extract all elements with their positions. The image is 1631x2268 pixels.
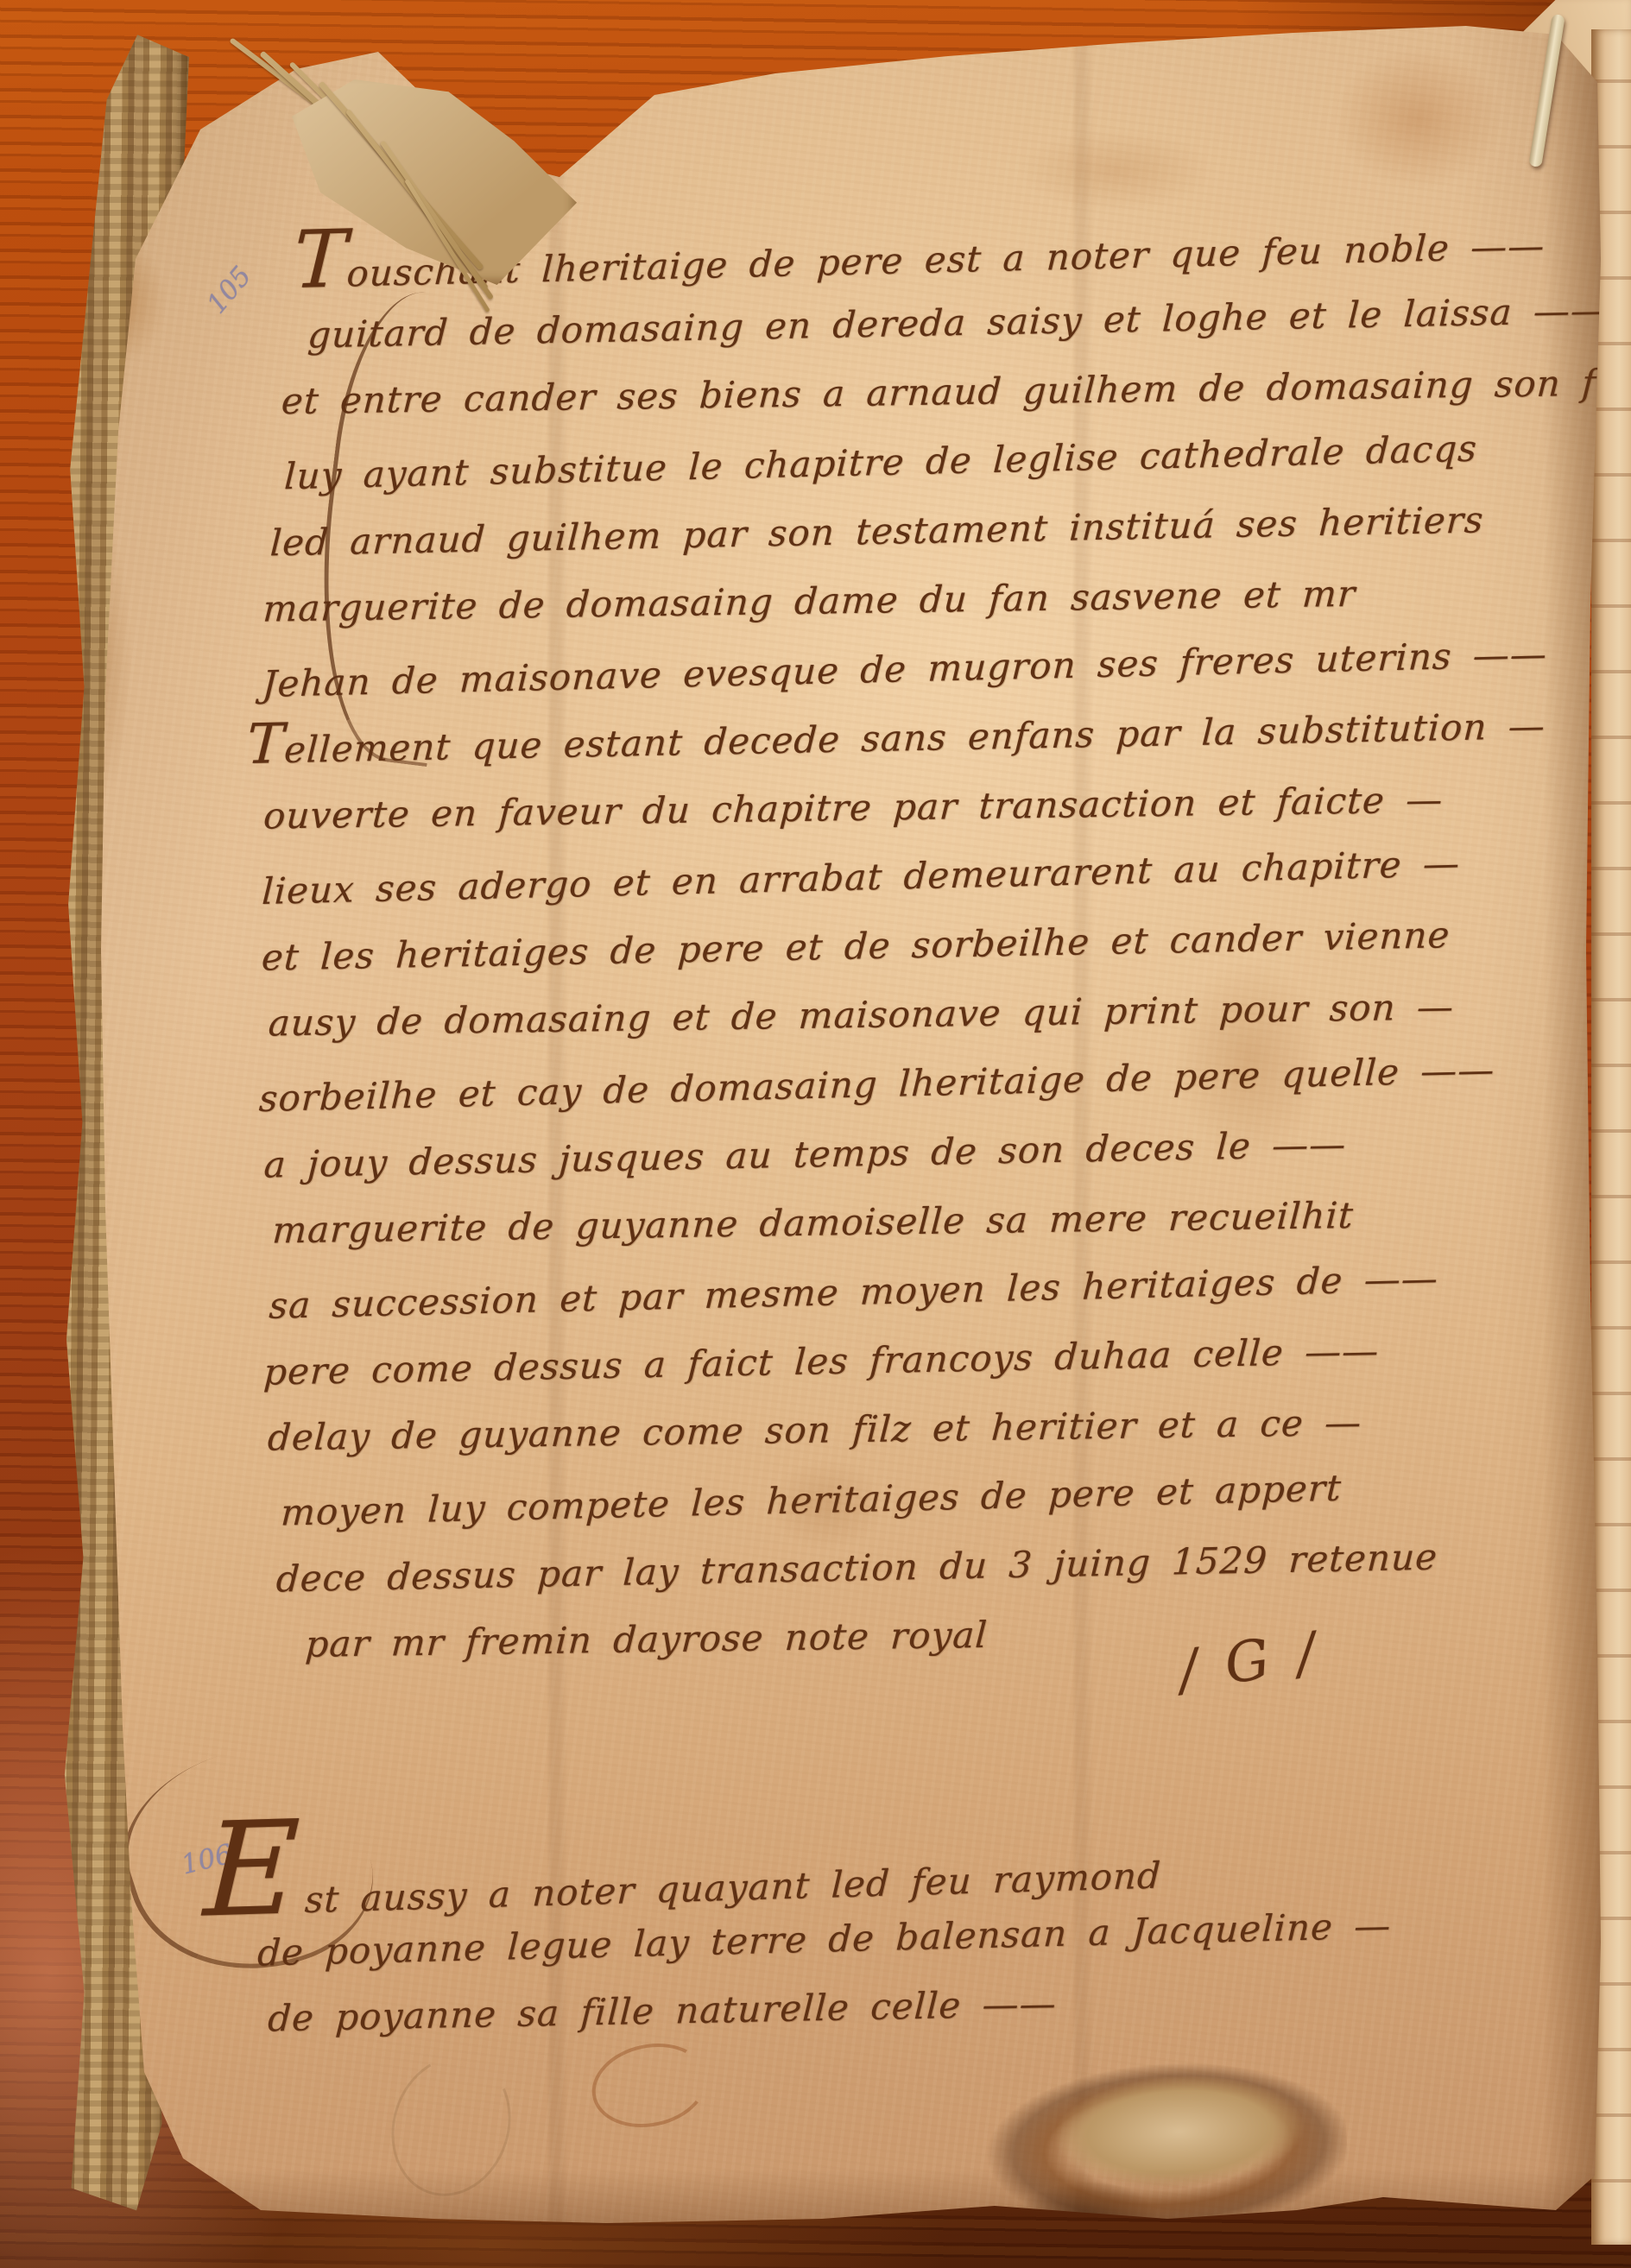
manuscript-page: 105 106 Touschant lheritaige de pere est… [67, 16, 1613, 2247]
stain [1334, 47, 1502, 190]
manuscript-paragraph-2: Est aussy a noter quayant led feu raymon… [203, 1818, 1554, 2058]
ink-ring-stain [585, 2033, 716, 2138]
stain [1019, 130, 1213, 212]
pencil-loop-mark [374, 2040, 528, 2212]
manuscript-paragraph-1: Touschant lheritaige de pere est a noter… [245, 207, 1594, 1683]
